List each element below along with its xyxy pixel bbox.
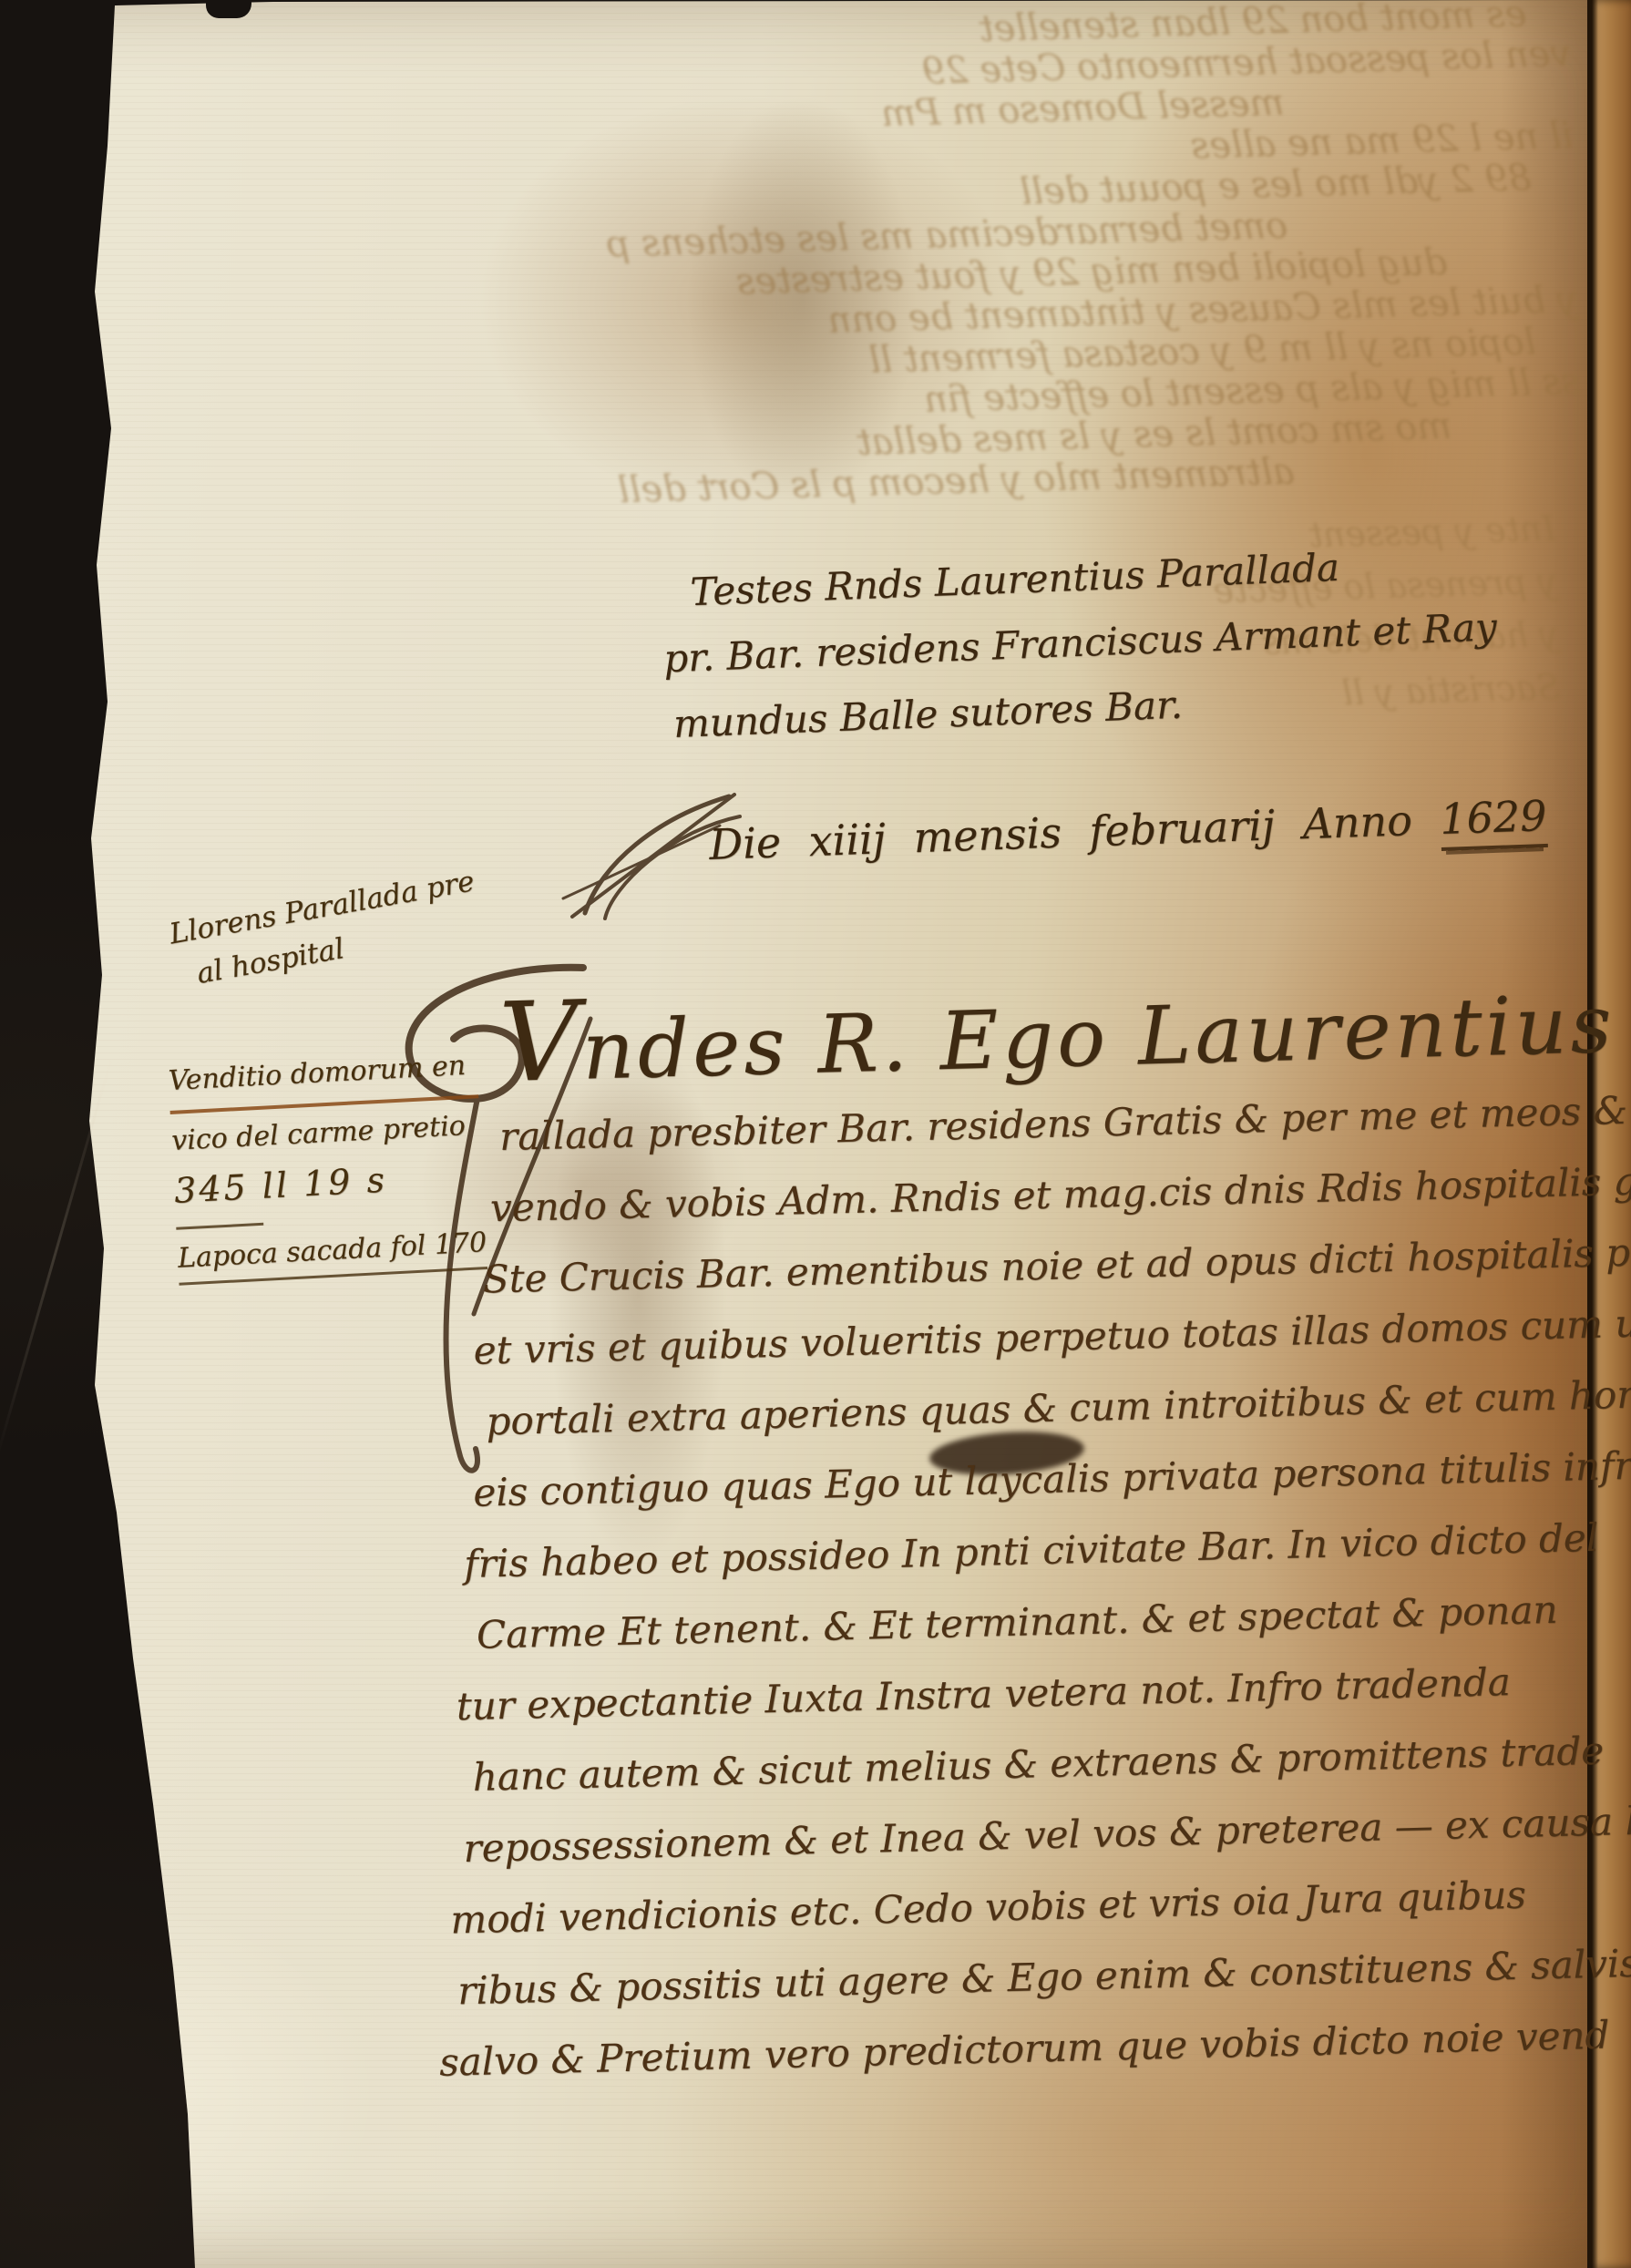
heading-initial: V <box>498 979 583 1107</box>
date-year: 1629 <box>1439 791 1547 851</box>
margin-sale-stroke <box>176 1223 263 1230</box>
testes-note: Testes Rnds Laurentius Parallada pr. Bar… <box>652 529 1501 757</box>
archive-photo-stage: es mont bon 29 lban stenellet ven los pe… <box>0 0 1631 2268</box>
deed-body: rallada presbiter Bar. residens Gratis &… <box>380 1075 1631 2099</box>
date-prefix: Die <box>708 817 782 869</box>
date-day-numeral: xiiij <box>808 814 887 866</box>
